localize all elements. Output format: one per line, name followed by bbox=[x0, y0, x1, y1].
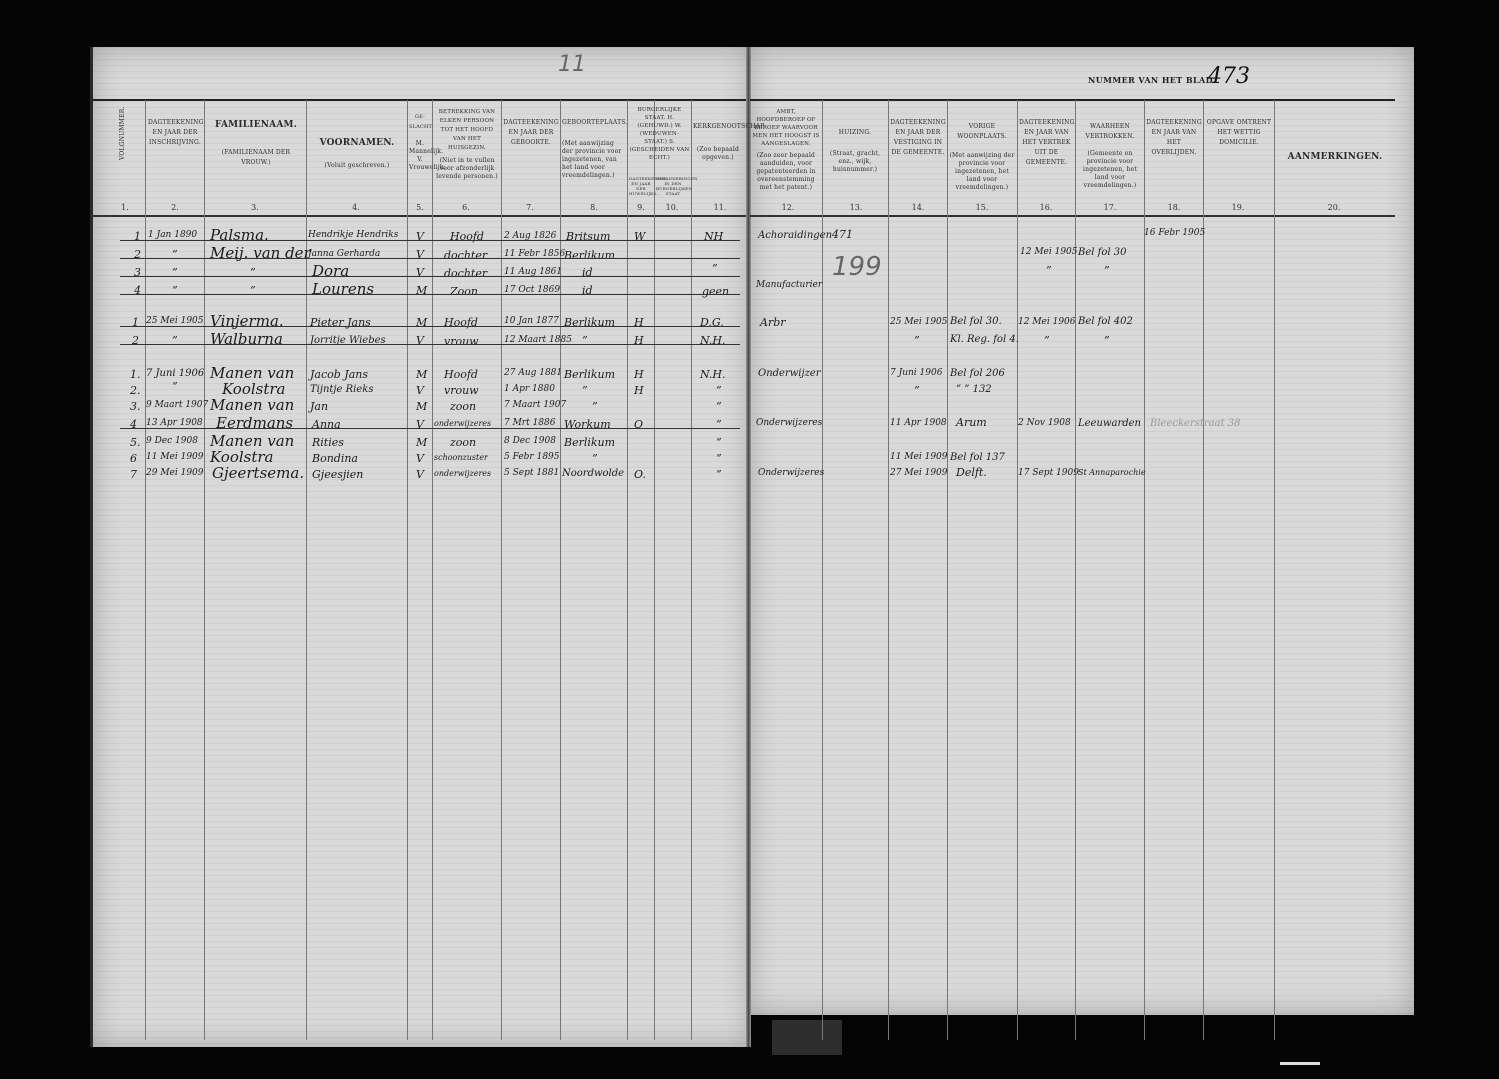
top-pencil-mark: 11 bbox=[558, 52, 586, 77]
entry-civil: O bbox=[634, 418, 643, 431]
col-divider bbox=[560, 100, 561, 1040]
entry-birthplace: Berlikum bbox=[564, 249, 615, 262]
header-col-17-title: WAARHEEN VERTROKKEN. bbox=[1077, 122, 1143, 142]
header-col-9-sub: DAGTEEKENING EN JAAR DER HUWELIJKS... bbox=[629, 176, 653, 196]
sheet-number: 473 bbox=[1208, 64, 1250, 89]
entry-sex: M bbox=[416, 436, 427, 449]
entry-church: ” bbox=[716, 400, 722, 413]
strike-line bbox=[120, 326, 740, 327]
entry-birth: 7 Mrt 1886 bbox=[504, 418, 556, 428]
entry-sex: V bbox=[416, 334, 424, 347]
entry-settle-date: 11 Mei 1909 bbox=[890, 452, 948, 462]
colnum-11: 11. bbox=[708, 203, 732, 212]
col-divider bbox=[204, 100, 205, 1040]
entry-given: Anna bbox=[312, 418, 341, 431]
entry-date-reg: 9 Maart 1907 bbox=[146, 400, 208, 410]
entry-church: geen bbox=[702, 285, 729, 298]
entry-prev-residence: Bel fol 137 bbox=[950, 452, 1005, 463]
entry-date-reg: ” bbox=[172, 334, 178, 347]
entry-date-reg: 29 Mei 1909 bbox=[146, 468, 204, 478]
entry-birthplace: id bbox=[582, 266, 593, 279]
entry-prev-residence: Bel fol 30. bbox=[950, 316, 1002, 327]
entry-birth: 1 Apr 1880 bbox=[504, 384, 555, 394]
entry-nr: 4 bbox=[134, 284, 141, 297]
entry-relation: vrouw bbox=[444, 335, 479, 348]
col-divider bbox=[691, 100, 692, 1040]
colnum-20: 20. bbox=[1322, 203, 1346, 212]
col-divider bbox=[627, 100, 628, 1040]
entry-date-reg: 7 Juni 1906 bbox=[146, 368, 204, 379]
entry-nr: 2 bbox=[132, 334, 139, 347]
entry-given: Tijntje Rieks bbox=[310, 384, 373, 395]
entry-sex: M bbox=[416, 284, 427, 297]
entry-nr: 3. bbox=[130, 400, 141, 413]
header-col-12: AMBT, HOOFDBEROEP OF BEROEP WAARVOOR MEN… bbox=[752, 108, 820, 192]
pencil-annotation: 199 bbox=[832, 252, 882, 282]
entry-relation: Hoofd bbox=[450, 230, 484, 243]
entry-date-reg: ” bbox=[172, 248, 178, 261]
entry-date-reg: 25 Mei 1905 bbox=[146, 316, 204, 326]
colnum-7: 7. bbox=[520, 203, 540, 212]
header-col-8-sub: (Met aanwijzing der provincie voor ingez… bbox=[562, 140, 626, 180]
entry-departure-date: ” bbox=[1046, 264, 1052, 277]
header-col-15: VORIGE WOONPLAATS. (Met aanwijzing der p… bbox=[949, 122, 1015, 192]
entry-given: Jacob Jans bbox=[310, 368, 368, 381]
header-col-17: WAARHEEN VERTROKKEN. (Gemeente en provin… bbox=[1077, 122, 1143, 190]
entry-house: 471 bbox=[832, 228, 853, 241]
header-col-12-title: AMBT, HOOFDBEROEP OF BEROEP WAARVOOR MEN… bbox=[752, 108, 820, 148]
entry-sex: V bbox=[416, 384, 424, 397]
entry-church: N.H. bbox=[700, 334, 726, 347]
colnum-2: 2. bbox=[165, 203, 185, 212]
entry-destination: St Annaparochie bbox=[1078, 468, 1146, 477]
entry-surname: Vinjerma. bbox=[210, 312, 284, 330]
col-divider bbox=[888, 100, 889, 1040]
entry-given: Gjeesjien bbox=[312, 468, 363, 481]
colnum-6: 6. bbox=[456, 203, 476, 212]
header-col-3-sub: (FAMILIENAAM DER VROUW.) bbox=[208, 148, 304, 168]
sheet-label: NUMMER VAN HET BLAD. bbox=[1088, 75, 1216, 85]
entry-prev-residence: Arum bbox=[956, 416, 987, 429]
entry-death: 16 Febr 1905 bbox=[1144, 228, 1205, 238]
entry-church: ” bbox=[716, 468, 722, 481]
header-top-rule bbox=[92, 99, 746, 101]
header-col-15-sub: (Met aanwijzing der provincie voor ingez… bbox=[949, 152, 1015, 192]
entry-sex: V bbox=[416, 266, 424, 279]
entry-church: ” bbox=[716, 384, 722, 397]
entry-occupation: Achoraidingen bbox=[758, 230, 832, 241]
colnum-15: 15. bbox=[970, 203, 994, 212]
entry-date-reg: 9 Dec 1908 bbox=[146, 436, 198, 446]
entry-sex: M bbox=[416, 316, 427, 329]
entry-birth: 5 Sept 1881 bbox=[504, 468, 559, 478]
entry-birth: 5 Febr 1895 bbox=[504, 452, 560, 462]
entry-surname: Eerdmans bbox=[216, 414, 293, 432]
entry-departure-date: 12 Mei 1905 bbox=[1020, 247, 1078, 257]
strike-line bbox=[120, 276, 740, 277]
entry-settle-date: ” bbox=[914, 334, 920, 347]
entry-nr: 4 bbox=[130, 418, 137, 431]
entry-date-reg: ” bbox=[172, 380, 178, 393]
entry-birthplace: Berlikum bbox=[564, 368, 615, 381]
header-col-6-sub: (Niet in te vullen voor afzonderlijk lev… bbox=[434, 157, 500, 181]
entry-church: ” bbox=[716, 418, 722, 431]
header-col-13-sub: (Straat, gracht, enz., wijk, huisnummer.… bbox=[824, 150, 886, 174]
header-col-6-title: BETREKKING VAN ELKEN PERSOON TOT HET HOO… bbox=[434, 108, 500, 153]
header-col-20-title: AANMERKINGEN. bbox=[1276, 150, 1394, 164]
header-col-13-title: HUIZING. bbox=[824, 128, 886, 138]
book-gutter bbox=[746, 47, 751, 1047]
entry-sex: V bbox=[416, 452, 424, 465]
entry-occupation: Manufacturier bbox=[756, 280, 822, 290]
entry-prev-residence: Delft. bbox=[956, 466, 987, 479]
strike-line bbox=[120, 344, 740, 345]
colnum-3: 3. bbox=[245, 203, 265, 212]
entry-birthplace: Noordwolde bbox=[562, 468, 624, 479]
colnum-16: 16. bbox=[1034, 203, 1058, 212]
entry-relation: zoon bbox=[450, 400, 476, 413]
entry-destination: ” bbox=[1104, 334, 1110, 347]
entry-relation: vrouw bbox=[444, 384, 479, 397]
header-col-8-title: GEBOORTEPLAATS. bbox=[562, 118, 626, 128]
header-col-16: DAGTEEKENING EN JAAR VAN HET VERTREK UIT… bbox=[1019, 118, 1074, 168]
entry-occupation: Arbr bbox=[760, 316, 786, 329]
col-divider bbox=[306, 100, 307, 1040]
header-col-5-title: GE-SLACHT. bbox=[409, 112, 431, 132]
colnum-17: 17. bbox=[1098, 203, 1122, 212]
entry-date-reg: 11 Mei 1909 bbox=[146, 452, 204, 462]
entry-surname: Walburna bbox=[210, 330, 283, 348]
entry-nr: 2. bbox=[130, 384, 141, 397]
header-col-2: DAGTEEKENING EN JAAR DER INSCHRIJVING. bbox=[148, 118, 202, 148]
entry-birth: 7 Maart 1907 bbox=[504, 400, 566, 410]
entry-sex: V bbox=[416, 418, 424, 431]
header-col-5-sub: M. Mannelijk. V. Vrouwelijk. bbox=[409, 140, 431, 172]
entry-sex: M bbox=[416, 368, 427, 381]
film-edge bbox=[772, 1020, 842, 1055]
entry-relation: dochter bbox=[444, 267, 487, 280]
header-col-10-sub: VERANDERINGEN IN DEN BURGERLIJKEN STAAT bbox=[656, 176, 690, 196]
entry-nr: 1 bbox=[132, 316, 139, 329]
header-col-1: VOLGNUMMER. bbox=[118, 130, 128, 160]
entry-nr: 5. bbox=[130, 436, 141, 449]
entry-date-reg: ” bbox=[172, 284, 178, 297]
header-col-11-sub: (Zoo bepaald opgeven.) bbox=[693, 146, 743, 162]
film-mark bbox=[1280, 1062, 1320, 1065]
header-col-4-title: VOORNAMEN. bbox=[309, 136, 405, 150]
col-divider bbox=[145, 100, 146, 1040]
entry-sex: V bbox=[416, 230, 424, 243]
entry-civil: H bbox=[634, 316, 644, 329]
col-divider bbox=[1075, 100, 1076, 1040]
header-col-18: DAGTEEKENING EN JAAR VAN HET OVERLIJDEN. bbox=[1146, 118, 1202, 158]
entry-sex: V bbox=[416, 248, 424, 261]
header-col-4: VOORNAMEN. (Voluit geschreven.) bbox=[309, 136, 405, 170]
entry-civil: H bbox=[634, 368, 644, 381]
strike-line bbox=[120, 294, 740, 295]
entry-given: Bondina bbox=[312, 452, 358, 465]
entry-civil: H bbox=[634, 384, 644, 397]
entry-civil: O. bbox=[634, 468, 646, 481]
entry-birth: 27 Aug 1881 bbox=[504, 368, 562, 378]
entry-departure-date: 12 Mei 1906 bbox=[1018, 317, 1076, 327]
entry-surname: Meij. van der bbox=[210, 244, 311, 262]
entry-destination: Bel fol 402 bbox=[1078, 316, 1133, 327]
entry-destination: ” bbox=[1104, 264, 1110, 277]
entry-sex: V bbox=[416, 468, 424, 481]
col-divider bbox=[654, 100, 655, 1040]
entry-civil: H bbox=[634, 334, 644, 347]
entry-church: NH bbox=[704, 230, 723, 243]
entry-settle-date: 27 Mei 1909 bbox=[890, 468, 948, 478]
entry-relation: schoonzuster bbox=[434, 453, 488, 462]
colnum-9: 9. bbox=[631, 203, 651, 212]
entry-prev-residence: ” ” 132 bbox=[956, 384, 992, 395]
header-col-17-sub: (Gemeente en provincie voor ingezetenen,… bbox=[1077, 150, 1143, 190]
entry-church: ” bbox=[712, 262, 718, 275]
colnum-18: 18. bbox=[1162, 203, 1186, 212]
entry-occupation: Onderwijzeres bbox=[758, 468, 824, 478]
entry-birthplace: Berlikum bbox=[564, 316, 615, 329]
header-col-6: BETREKKING VAN ELKEN PERSOON TOT HET HOO… bbox=[434, 108, 500, 181]
header-col-4-sub: (Voluit geschreven.) bbox=[309, 162, 405, 170]
entry-surname: ” bbox=[250, 266, 256, 279]
entry-given: Rities bbox=[312, 436, 344, 449]
header-col-19: OPGAVE OMTRENT HET WETTIG DOMICILIE. bbox=[1205, 118, 1273, 148]
col-divider bbox=[1017, 100, 1018, 1040]
entry-nr: 1 bbox=[134, 230, 141, 243]
entry-destination: Leeuwarden bbox=[1078, 418, 1141, 429]
colnum-8: 8. bbox=[584, 203, 604, 212]
entry-birthplace: Britsum bbox=[566, 230, 610, 243]
left-page bbox=[90, 47, 751, 1047]
entry-relation: onderwijzeres bbox=[434, 469, 491, 478]
col-divider bbox=[432, 100, 433, 1040]
entry-birthplace: Workum bbox=[564, 418, 611, 431]
entry-relation: Zoon bbox=[450, 285, 478, 298]
header-col-20: AANMERKINGEN. bbox=[1276, 150, 1394, 164]
header-col-9-10: BURGERLIJKE STAAT. H. (GEHUWD.) W. (WEDU… bbox=[629, 106, 690, 162]
entry-relation: dochter bbox=[444, 249, 487, 262]
entry-nr: 7 bbox=[130, 468, 137, 481]
entry-surname: Gjeertsema. bbox=[212, 464, 304, 482]
header-col-8: GEBOORTEPLAATS. (Met aanwijzing der prov… bbox=[562, 118, 626, 180]
col-divider bbox=[1274, 100, 1275, 1040]
header-col-7: DAGTEEKENING EN JAAR DER GEBOORTE. bbox=[503, 118, 559, 148]
entry-nr: 6 bbox=[130, 452, 137, 465]
colnum-14: 14. bbox=[906, 203, 930, 212]
entry-birth: 8 Dec 1908 bbox=[504, 436, 556, 446]
entry-prev-residence: Bel fol 206 bbox=[950, 368, 1005, 379]
col-divider bbox=[1144, 100, 1145, 1040]
entry-given: Dora bbox=[312, 262, 349, 280]
entry-birth: 10 Jan 1877 bbox=[504, 316, 559, 326]
entry-given: Pieter Jans bbox=[310, 316, 371, 329]
colnum-19: 19. bbox=[1226, 203, 1250, 212]
entry-church: ” bbox=[716, 436, 722, 449]
col-divider bbox=[822, 100, 823, 1040]
entry-occupation: Onderwijzeres bbox=[756, 418, 822, 428]
entry-surname: ” bbox=[250, 284, 256, 297]
entry-nr: 2 bbox=[134, 248, 141, 261]
colnum-4: 4. bbox=[346, 203, 366, 212]
entry-sex: M bbox=[416, 400, 427, 413]
strike-line bbox=[120, 258, 740, 259]
entry-relation: onderwijzeres bbox=[434, 419, 491, 428]
col-divider bbox=[407, 100, 408, 1040]
entry-settle-date: 11 Apr 1908 bbox=[890, 418, 947, 428]
entry-given: Lourens bbox=[312, 280, 374, 298]
header-col-3: FAMILIENAAM. (FAMILIENAAM DER VROUW.) bbox=[208, 118, 304, 168]
entry-given: Jan bbox=[310, 400, 328, 413]
header-col-3-title: FAMILIENAAM. bbox=[208, 118, 304, 132]
header-col-13: HUIZING. (Straat, gracht, enz., wijk, hu… bbox=[824, 128, 886, 174]
colnum-13: 13. bbox=[844, 203, 868, 212]
col-divider bbox=[1203, 100, 1204, 1040]
entry-occupation: Onderwijzer bbox=[758, 368, 821, 379]
header-bottom-rule bbox=[92, 215, 746, 217]
entry-prev-residence: Kl. Reg. fol 4. bbox=[950, 334, 1019, 345]
entry-date-reg: ” bbox=[172, 266, 178, 279]
col-divider bbox=[501, 100, 502, 1040]
entry-departure-date: 17 Sept 1909 bbox=[1018, 468, 1079, 478]
entry-remarks: Bleeckerstraat 38 bbox=[1150, 418, 1241, 429]
colnum-12: 12. bbox=[776, 203, 800, 212]
entry-church: D.G. bbox=[700, 316, 724, 329]
entry-given: Hendrikje Hendriks bbox=[308, 230, 398, 240]
colnum-10: 10. bbox=[660, 203, 684, 212]
header-col-11: KERKGENOOTSCHAP. (Zoo bepaald opgeven.) bbox=[693, 122, 743, 162]
entry-nr: 3 bbox=[134, 266, 141, 279]
entry-settle-date: 7 Juni 1906 bbox=[890, 368, 942, 378]
entry-church: ” bbox=[716, 452, 722, 465]
entry-departure-date: ” bbox=[1044, 334, 1050, 347]
entry-birthplace: ” bbox=[592, 400, 598, 413]
entry-birthplace: id bbox=[582, 284, 593, 297]
colnum-5: 5. bbox=[410, 203, 430, 212]
entry-church: N.H. bbox=[700, 368, 726, 381]
header-bottom-rule-right bbox=[750, 215, 1395, 217]
entry-nr: 1. bbox=[130, 368, 141, 381]
entry-civil: W bbox=[634, 230, 645, 243]
header-col-15-title: VORIGE WOONPLAATS. bbox=[949, 122, 1015, 142]
entry-relation: Hoofd bbox=[444, 316, 478, 329]
entry-birthplace: ” bbox=[592, 452, 598, 465]
entry-date-reg: 13 Apr 1908 bbox=[146, 418, 203, 428]
entry-departure-date: 2 Nov 1908 bbox=[1018, 418, 1071, 428]
strike-line bbox=[120, 240, 740, 241]
entry-relation: Hoofd bbox=[444, 368, 478, 381]
entry-surname: Palsma. bbox=[210, 226, 269, 244]
colnum-1: 1. bbox=[115, 203, 135, 212]
entry-relation: zoon bbox=[450, 436, 476, 449]
col-divider bbox=[947, 100, 948, 1040]
entry-settle-date: ” bbox=[914, 384, 920, 397]
entry-settle-date: 25 Mei 1905 bbox=[890, 317, 948, 327]
entry-destination: Bel fol 30 bbox=[1078, 247, 1126, 258]
strike-line bbox=[120, 428, 740, 429]
header-col-5: GE-SLACHT. M. Mannelijk. V. Vrouwelijk. bbox=[409, 112, 431, 172]
entry-date-reg: 1 Jan 1890 bbox=[148, 230, 197, 240]
right-page bbox=[749, 47, 1414, 1015]
header-col-12-sub: (Zoo zeer bepaald aanduiden, voor gepate… bbox=[752, 152, 820, 192]
header-top-rule-right bbox=[750, 99, 1395, 101]
entry-birthplace: ” bbox=[582, 384, 588, 397]
entry-surname: Manen van bbox=[210, 396, 294, 414]
entry-birthplace: Berlikum bbox=[564, 436, 615, 449]
entry-birthplace: ” bbox=[582, 334, 588, 347]
header-col-14: DAGTEEKENING EN JAAR DER VESTIGING IN DE… bbox=[890, 118, 946, 158]
header-col-11-title: KERKGENOOTSCHAP. bbox=[693, 122, 743, 132]
